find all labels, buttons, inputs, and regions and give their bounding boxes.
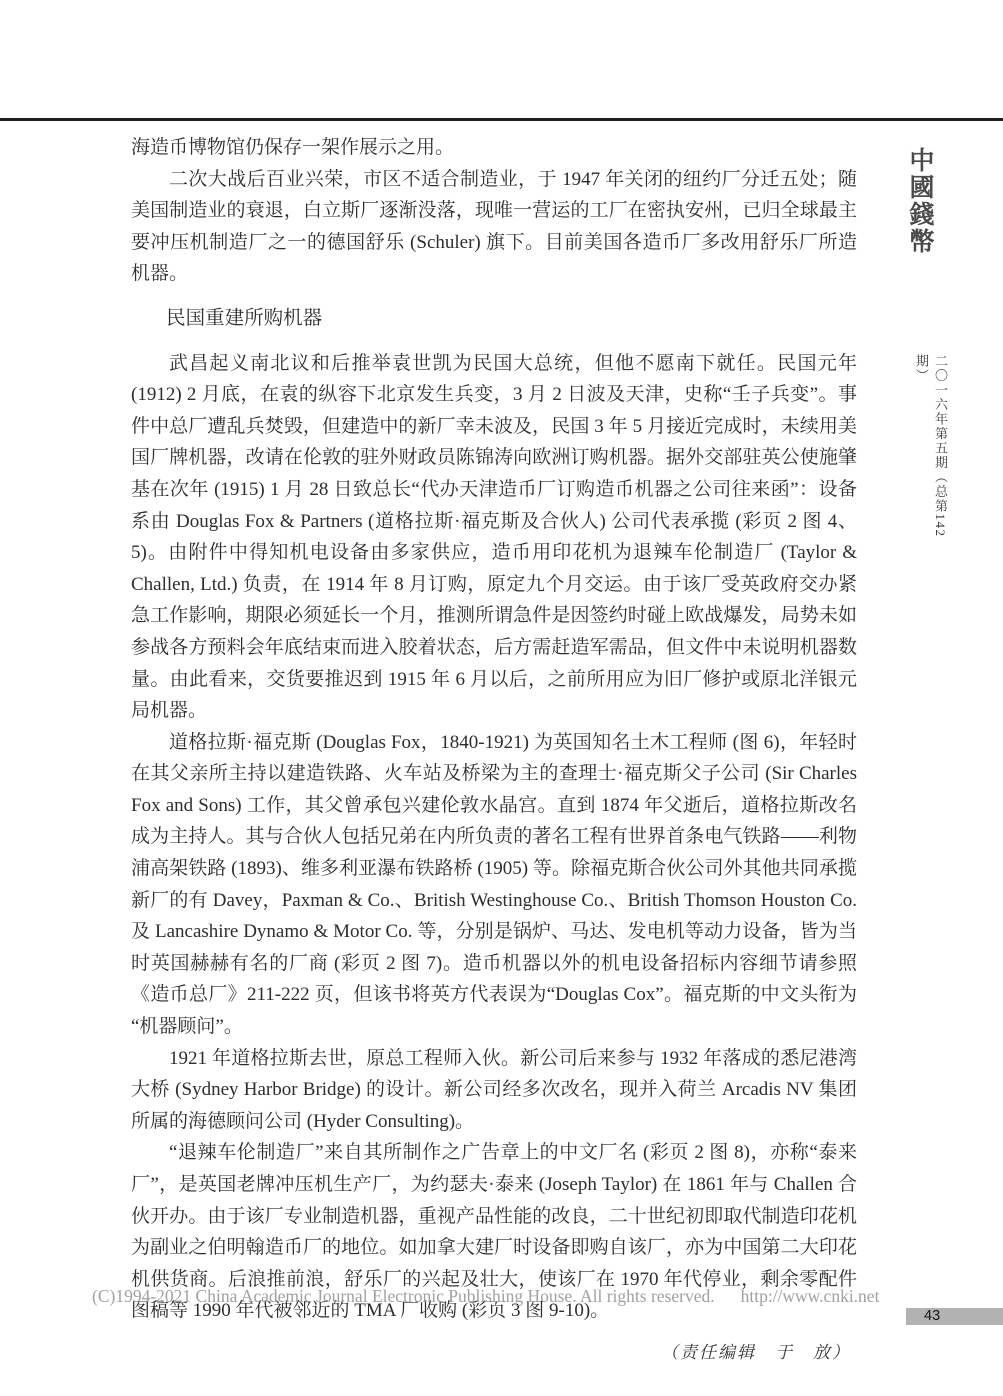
page-number-strip: 43 [906, 1308, 1003, 1325]
page-number: 43 [924, 1308, 940, 1324]
cnki-footer: (C)1994-2021 China Academic Journal Elec… [92, 1286, 972, 1307]
issue-info-vertical: 二〇一六年第五期（总第142期） [912, 354, 950, 544]
editor-note: （责任编辑 于 放） [131, 1337, 857, 1369]
paragraph-successor-firm: 1921 年道格拉斯去世，原总工程师入伙。新公司后来参与 1932 年落成的悉尼… [131, 1043, 857, 1138]
copyright-notice: (C)1994-2021 China Academic Journal Elec… [92, 1286, 715, 1306]
paragraph-ww2-decline: 二次大战后百业兴荣，市区不适合制造业，于 1947 年关闭的纽约厂分迁五处；随美… [131, 164, 857, 290]
header-rule [0, 118, 1003, 121]
cnki-url: http://www.cnki.net [741, 1286, 880, 1306]
paragraph-republic-machinery: 武昌起义南北议和后推举袁世凯为民国大总统，但他不愿南下就任。民国元年 (1912… [131, 348, 857, 727]
paragraph-continuation: 海造币博物馆仍保存一架作展示之用。 [131, 132, 857, 164]
section-heading: 民国重建所购机器 [131, 303, 857, 335]
paragraph-douglas-fox: 道格拉斯·福克斯 (Douglas Fox，1840-1921) 为英国知名土木… [131, 727, 857, 1043]
article-body: 海造币博物馆仍保存一架作展示之用。 二次大战后百业兴荣，市区不适合制造业，于 1… [131, 132, 857, 1369]
journal-page-scan: 中國錢幣 二〇一六年第五期（总第142期） 海造币博物馆仍保存一架作展示之用。 … [0, 0, 1003, 1396]
masthead-calligraphy: 中國錢幣 [901, 147, 937, 267]
